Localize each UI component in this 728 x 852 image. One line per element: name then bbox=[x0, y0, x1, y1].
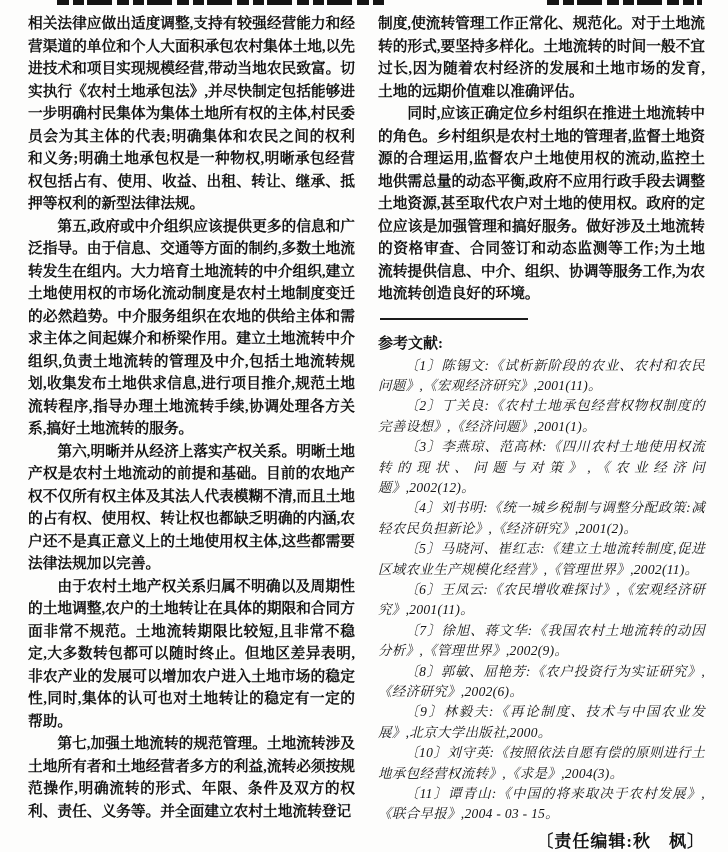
reference-item: 〔7〕徐旭、蒋文华:《我国农村土地流转的动因分析》,《管理世界》,2002(9)… bbox=[378, 621, 705, 662]
body-paragraph: 相关法律应做出适度调整,支持有较强经营能力和经营渠道的单位和个人大面积承包农村集… bbox=[28, 13, 355, 216]
right-column: 制度,使流转管理工作正常化、规范化。对于土地流转的形式,要坚持多样化。土地流转的… bbox=[378, 13, 705, 852]
body-paragraph: 由于农村土地产权关系归属不明确以及周期性的土地调整,农户的土地转让在具体的期限和… bbox=[28, 576, 355, 734]
left-column: 相关法律应做出适度调整,支持有较强经营能力和经营渠道的单位和个人大面积承包农村集… bbox=[28, 13, 355, 823]
scanned-paper-page: 相关法律应做出适度调整,支持有较强经营能力和经营渠道的单位和个人大面积承包农村集… bbox=[0, 0, 728, 852]
reference-item: 〔11〕谭青山:《中国的将来取决于农村发展》,《联合早报》,2004 - 03 … bbox=[378, 784, 705, 825]
reference-item: 〔8〕郭敏、屈艳芳:《农户投资行为实证研究》,《经济研究》,2002(6)。 bbox=[378, 662, 705, 703]
right-column-body: 制度,使流转管理工作正常化、规范化。对于土地流转的形式,要坚持多样化。土地流转的… bbox=[378, 13, 705, 306]
reference-item: 〔6〕王凤云:《农民增收难探讨》,《宏观经济研究》,2001(11)。 bbox=[378, 580, 705, 621]
reference-item: 〔1〕陈锡文:《试析新阶段的农业、农村和农民问题》,《宏观经济研究》,2001(… bbox=[378, 356, 705, 397]
body-paragraph: 第六,明晰并从经济上落实产权关系。明晰土地产权是农村土地流动的前提和基础。目前的… bbox=[28, 441, 355, 576]
body-paragraph: 第五,政府或中介组织应该提供更多的信息和广泛指导。由于信息、交通等方面的制约,多… bbox=[28, 216, 355, 441]
editor-credit: 〔责任编辑:秋 枫〕 bbox=[378, 829, 705, 852]
references-divider-rule bbox=[380, 318, 528, 320]
reference-item: 〔10〕刘守英:《按照依法自愿有偿的原则进行土地承包经营权流转》,《求是》,20… bbox=[378, 743, 705, 784]
reference-item: 〔5〕马晓河、崔红志:《建立土地流转制度,促进区域农业生产规模化经营》,《管理世… bbox=[378, 539, 705, 580]
reference-item: 〔2〕丁关良:《农村土地承包经营权物权制度的完善设想》,《经济问题》,2001(… bbox=[378, 396, 705, 437]
clipped-running-head-left bbox=[57, 0, 384, 5]
body-paragraph: 同时,应该正确定位乡村组织在推进土地流转中的角色。乡村组织是农村土地的管理者,监… bbox=[378, 103, 705, 306]
reference-item: 〔4〕刘书明:《统一城乡税制与调整分配政策:减轻农民负担新论》,《经济研究》,2… bbox=[378, 498, 705, 539]
references-heading: 参考文献: bbox=[378, 332, 705, 356]
reference-item: 〔9〕林毅夫:《再论制度、技术与中国农业发展》,北京大学出版社,2000。 bbox=[378, 702, 705, 743]
body-paragraph: 第七,加强土地流转的规范管理。土地流转涉及土地所有者和土地经营者多方的利益,流转… bbox=[28, 733, 355, 823]
references-list: 〔1〕陈锡文:《试析新阶段的农业、农村和农民问题》,《宏观经济研究》,2001(… bbox=[378, 356, 705, 825]
clipped-running-head-right bbox=[547, 0, 702, 5]
reference-item: 〔3〕李燕琼、范高林:《四川农村土地使用权流转的现状、问题与对策》,《农业经济问… bbox=[378, 437, 705, 498]
body-paragraph: 制度,使流转管理工作正常化、规范化。对于土地流转的形式,要坚持多样化。土地流转的… bbox=[378, 13, 705, 103]
